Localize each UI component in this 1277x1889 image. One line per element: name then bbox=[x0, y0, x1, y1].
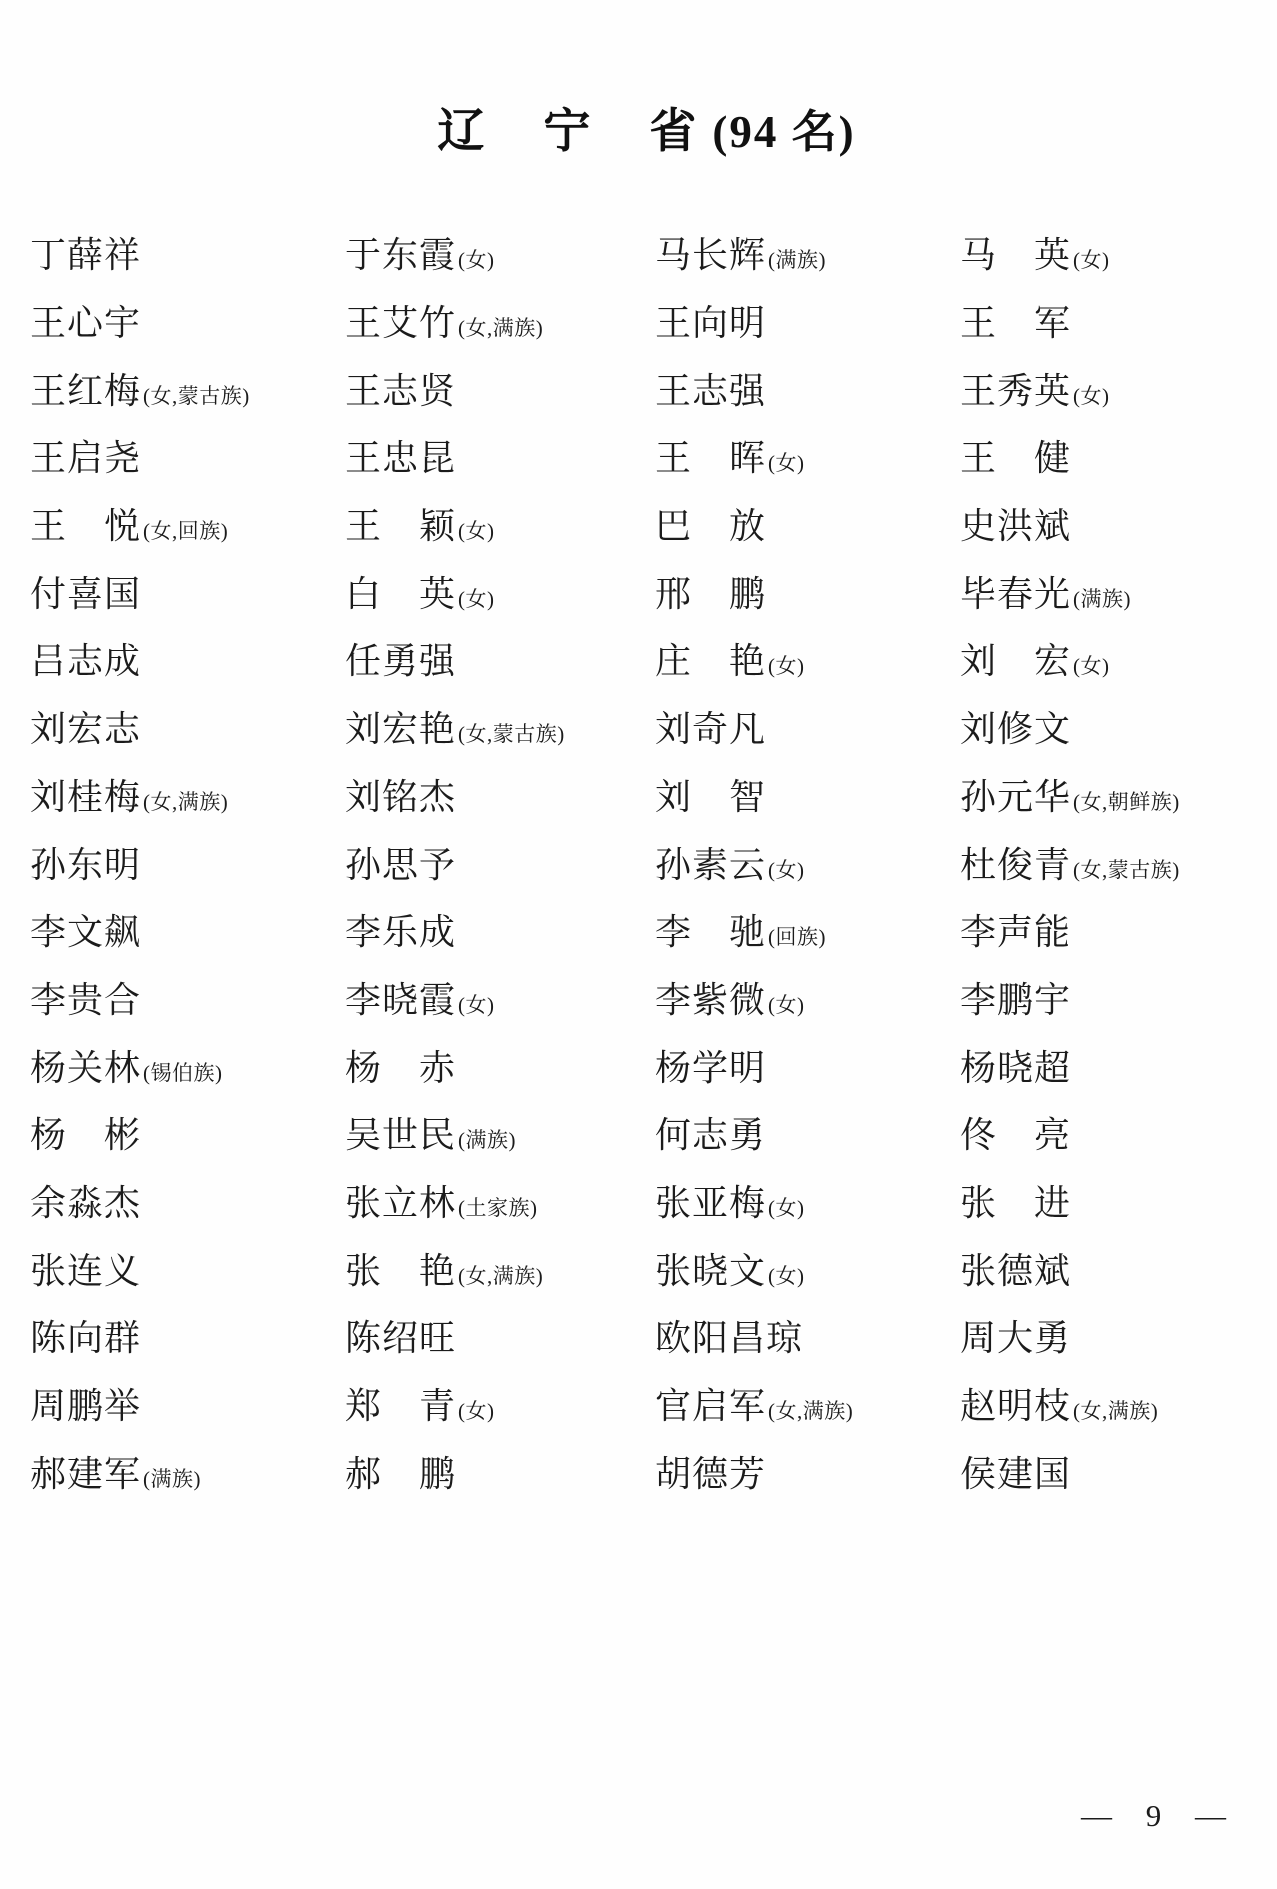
person-entry: 杨学明 bbox=[655, 1040, 960, 1091]
roster-row: 付喜国白 英(女)邢 鹏毕春光(满族) bbox=[0, 557, 1277, 625]
person-gender-ethnicity-note: (女) bbox=[458, 519, 495, 543]
person-entry: 张立林(土家族) bbox=[345, 1175, 655, 1226]
person-gender-ethnicity-note: (满族) bbox=[1073, 587, 1131, 611]
person-name: 刘 宏 bbox=[960, 641, 1071, 681]
person-entry: 孙元华(女,朝鲜族) bbox=[960, 769, 1277, 820]
person-entry: 王志强 bbox=[655, 363, 960, 414]
person-name: 官启军 bbox=[655, 1386, 766, 1426]
person-entry: 王秀英(女) bbox=[960, 363, 1277, 414]
person-name: 侯建国 bbox=[960, 1454, 1071, 1494]
roster-row: 李文飙李乐成李 驰(回族)李声能 bbox=[0, 896, 1277, 964]
person-name: 何志勇 bbox=[655, 1115, 766, 1155]
person-entry: 王 军 bbox=[960, 295, 1277, 346]
person-entry: 李贵合 bbox=[30, 972, 345, 1023]
person-entry: 李鹏宇 bbox=[960, 972, 1277, 1023]
person-gender-ethnicity-note: (女) bbox=[768, 1196, 805, 1220]
person-gender-ethnicity-note: (满族) bbox=[143, 1467, 201, 1491]
person-entry: 王 晖(女) bbox=[655, 430, 960, 481]
person-name: 孙素云 bbox=[655, 845, 766, 885]
person-gender-ethnicity-note: (女) bbox=[458, 587, 495, 611]
person-name: 丁薛祥 bbox=[30, 235, 141, 275]
person-name: 王艾竹 bbox=[345, 303, 456, 343]
person-gender-ethnicity-note: (女) bbox=[768, 451, 805, 475]
person-name: 张立林 bbox=[345, 1183, 456, 1223]
page-number: — 9 — bbox=[1081, 1798, 1231, 1834]
person-entry: 杜俊青(女,蒙古族) bbox=[960, 837, 1277, 888]
person-entry: 欧阳昌琼 bbox=[655, 1310, 960, 1361]
person-name: 李晓霞 bbox=[345, 980, 456, 1020]
person-name: 佟 亮 bbox=[960, 1115, 1071, 1155]
person-entry: 刘桂梅(女,满族) bbox=[30, 769, 345, 820]
page-title: 辽 宁 省(94 名) bbox=[0, 76, 1277, 179]
roster-row: 王心宇王艾竹(女,满族)王向明王 军 bbox=[0, 287, 1277, 355]
person-entry: 陈向群 bbox=[30, 1310, 345, 1361]
person-name: 王向明 bbox=[655, 303, 766, 343]
person-name: 周鹏举 bbox=[30, 1386, 141, 1426]
person-entry: 刘宏志 bbox=[30, 701, 345, 752]
person-entry: 胡德芳 bbox=[655, 1446, 960, 1497]
person-entry: 毕春光(满族) bbox=[960, 566, 1277, 617]
roster-row: 孙东明孙思予孙素云(女)杜俊青(女,蒙古族) bbox=[0, 828, 1277, 896]
person-name: 郑 青 bbox=[345, 1386, 456, 1426]
person-name: 孙思予 bbox=[345, 845, 456, 885]
person-entry: 史洪斌 bbox=[960, 498, 1277, 549]
person-entry: 王启尧 bbox=[30, 430, 345, 481]
person-name: 王 悦 bbox=[30, 506, 141, 546]
person-entry: 侯建国 bbox=[960, 1446, 1277, 1497]
person-gender-ethnicity-note: (女) bbox=[1073, 384, 1110, 408]
province-title: 辽 宁 省 bbox=[437, 106, 702, 158]
province-delegate-count: (94 名) bbox=[712, 107, 855, 157]
document-page: 辽 宁 省(94 名) 丁薛祥于东霞(女)马长辉(满族)马 英(女)王心宇王艾竹… bbox=[0, 0, 1277, 1889]
person-gender-ethnicity-note: (女) bbox=[458, 1399, 495, 1423]
person-entry: 刘 智 bbox=[655, 769, 960, 820]
person-entry: 刘宏艳(女,蒙古族) bbox=[345, 701, 655, 752]
person-entry: 白 英(女) bbox=[345, 566, 655, 617]
person-entry: 付喜国 bbox=[30, 566, 345, 617]
person-name: 刘修文 bbox=[960, 709, 1071, 749]
person-entry: 吴世民(满族) bbox=[345, 1107, 655, 1158]
person-gender-ethnicity-note: (女) bbox=[458, 993, 495, 1017]
person-name: 王红梅 bbox=[30, 371, 141, 411]
person-entry: 于东霞(女) bbox=[345, 227, 655, 278]
person-entry: 郝 鹏 bbox=[345, 1446, 655, 1497]
person-name: 张德斌 bbox=[960, 1251, 1071, 1291]
person-entry: 李文飙 bbox=[30, 904, 345, 955]
person-gender-ethnicity-note: (女) bbox=[1073, 654, 1110, 678]
person-name: 郝建军 bbox=[30, 1454, 141, 1494]
roster-row: 张连义张 艳(女,满族)张晓文(女)张德斌 bbox=[0, 1234, 1277, 1302]
person-name: 余淼杰 bbox=[30, 1183, 141, 1223]
person-gender-ethnicity-note: (土家族) bbox=[458, 1196, 538, 1220]
person-name: 张连义 bbox=[30, 1251, 141, 1291]
person-gender-ethnicity-note: (满族) bbox=[768, 248, 826, 272]
person-entry: 吕志成 bbox=[30, 633, 345, 684]
person-entry: 张晓文(女) bbox=[655, 1243, 960, 1294]
person-name: 王 晖 bbox=[655, 438, 766, 478]
person-entry: 张亚梅(女) bbox=[655, 1175, 960, 1226]
roster-row: 王 悦(女,回族)王 颖(女)巴 放史洪斌 bbox=[0, 490, 1277, 558]
roster-row: 王红梅(女,蒙古族)王志贤王志强王秀英(女) bbox=[0, 354, 1277, 422]
person-name: 郝 鹏 bbox=[345, 1454, 456, 1494]
person-entry: 李紫微(女) bbox=[655, 972, 960, 1023]
roster-row: 刘桂梅(女,满族)刘铭杰刘 智孙元华(女,朝鲜族) bbox=[0, 761, 1277, 829]
person-name: 李贵合 bbox=[30, 980, 141, 1020]
person-entry: 郑 青(女) bbox=[345, 1378, 655, 1429]
person-gender-ethnicity-note: (女) bbox=[768, 654, 805, 678]
person-entry: 王志贤 bbox=[345, 363, 655, 414]
person-entry: 官启军(女,满族) bbox=[655, 1378, 960, 1429]
roster-row: 王启尧王忠昆王 晖(女)王 健 bbox=[0, 422, 1277, 490]
person-name: 于东霞 bbox=[345, 235, 456, 275]
person-name: 刘铭杰 bbox=[345, 777, 456, 817]
person-name: 付喜国 bbox=[30, 574, 141, 614]
person-name: 欧阳昌琼 bbox=[655, 1318, 803, 1358]
person-name: 周大勇 bbox=[960, 1318, 1071, 1358]
person-entry: 余淼杰 bbox=[30, 1175, 345, 1226]
person-entry: 孙东明 bbox=[30, 837, 345, 888]
person-entry: 孙思予 bbox=[345, 837, 655, 888]
person-entry: 周大勇 bbox=[960, 1310, 1277, 1361]
person-name: 史洪斌 bbox=[960, 506, 1071, 546]
person-name: 李声能 bbox=[960, 912, 1071, 952]
person-entry: 丁薛祥 bbox=[30, 227, 345, 278]
person-name: 王启尧 bbox=[30, 438, 141, 478]
person-name: 巴 放 bbox=[655, 506, 766, 546]
person-entry: 任勇强 bbox=[345, 633, 655, 684]
person-name: 刘宏艳 bbox=[345, 709, 456, 749]
person-name: 杨 彬 bbox=[30, 1115, 141, 1155]
person-name: 李鹏宇 bbox=[960, 980, 1071, 1020]
person-gender-ethnicity-note: (女) bbox=[768, 858, 805, 882]
person-entry: 郝建军(满族) bbox=[30, 1446, 345, 1497]
person-gender-ethnicity-note: (女,回族) bbox=[143, 519, 228, 543]
roster-row: 李贵合李晓霞(女)李紫微(女)李鹏宇 bbox=[0, 964, 1277, 1032]
person-entry: 王心宇 bbox=[30, 295, 345, 346]
person-name: 杜俊青 bbox=[960, 845, 1071, 885]
person-gender-ethnicity-note: (女,蒙古族) bbox=[143, 384, 250, 408]
person-name: 张 进 bbox=[960, 1183, 1071, 1223]
person-name: 任勇强 bbox=[345, 641, 456, 681]
roster-row: 周鹏举郑 青(女)官启军(女,满族)赵明枝(女,满族) bbox=[0, 1370, 1277, 1438]
person-name: 刘 智 bbox=[655, 777, 766, 817]
person-name: 吴世民 bbox=[345, 1115, 456, 1155]
person-entry: 王向明 bbox=[655, 295, 960, 346]
person-entry: 孙素云(女) bbox=[655, 837, 960, 888]
person-gender-ethnicity-note: (女,满族) bbox=[143, 790, 228, 814]
person-gender-ethnicity-note: (回族) bbox=[768, 925, 826, 949]
roster-row: 杨关林(锡伯族)杨 赤杨学明杨晓超 bbox=[0, 1031, 1277, 1099]
roster-row: 吕志成任勇强庄 艳(女)刘 宏(女) bbox=[0, 625, 1277, 693]
roster: 丁薛祥于东霞(女)马长辉(满族)马 英(女)王心宇王艾竹(女,满族)王向明王 军… bbox=[0, 219, 1277, 1505]
person-gender-ethnicity-note: (锡伯族) bbox=[143, 1061, 223, 1085]
roster-row: 余淼杰张立林(土家族)张亚梅(女)张 进 bbox=[0, 1167, 1277, 1235]
person-name: 张亚梅 bbox=[655, 1183, 766, 1223]
person-gender-ethnicity-note: (女,蒙古族) bbox=[1073, 858, 1180, 882]
person-entry: 刘修文 bbox=[960, 701, 1277, 752]
person-gender-ethnicity-note: (女) bbox=[768, 1264, 805, 1288]
person-entry: 张 进 bbox=[960, 1175, 1277, 1226]
person-entry: 刘奇凡 bbox=[655, 701, 960, 752]
person-name: 邢 鹏 bbox=[655, 574, 766, 614]
person-gender-ethnicity-note: (女,蒙古族) bbox=[458, 722, 565, 746]
person-name: 孙元华 bbox=[960, 777, 1071, 817]
person-entry: 王艾竹(女,满族) bbox=[345, 295, 655, 346]
person-gender-ethnicity-note: (女,满族) bbox=[768, 1399, 853, 1423]
person-entry: 马 英(女) bbox=[960, 227, 1277, 278]
person-entry: 王红梅(女,蒙古族) bbox=[30, 363, 345, 414]
person-name: 王 军 bbox=[960, 303, 1071, 343]
person-name: 吕志成 bbox=[30, 641, 141, 681]
person-entry: 马长辉(满族) bbox=[655, 227, 960, 278]
person-gender-ethnicity-note: (女,满族) bbox=[458, 316, 543, 340]
person-entry: 王 悦(女,回族) bbox=[30, 498, 345, 549]
person-name: 刘桂梅 bbox=[30, 777, 141, 817]
person-name: 杨 赤 bbox=[345, 1048, 456, 1088]
person-name: 白 英 bbox=[345, 574, 456, 614]
person-entry: 王忠昆 bbox=[345, 430, 655, 481]
roster-row: 郝建军(满族)郝 鹏胡德芳侯建国 bbox=[0, 1437, 1277, 1505]
person-name: 孙东明 bbox=[30, 845, 141, 885]
roster-row: 丁薛祥于东霞(女)马长辉(满族)马 英(女) bbox=[0, 219, 1277, 287]
person-name: 王 健 bbox=[960, 438, 1071, 478]
person-entry: 杨 赤 bbox=[345, 1040, 655, 1091]
person-name: 马长辉 bbox=[655, 235, 766, 275]
person-entry: 杨晓超 bbox=[960, 1040, 1277, 1091]
person-name: 李乐成 bbox=[345, 912, 456, 952]
person-name: 陈向群 bbox=[30, 1318, 141, 1358]
person-entry: 佟 亮 bbox=[960, 1107, 1277, 1158]
roster-row: 陈向群陈绍旺欧阳昌琼周大勇 bbox=[0, 1302, 1277, 1370]
person-name: 庄 艳 bbox=[655, 641, 766, 681]
person-entry: 张德斌 bbox=[960, 1243, 1277, 1294]
person-entry: 王 颖(女) bbox=[345, 498, 655, 549]
person-gender-ethnicity-note: (女,满族) bbox=[458, 1264, 543, 1288]
person-gender-ethnicity-note: (女) bbox=[458, 248, 495, 272]
person-name: 王志强 bbox=[655, 371, 766, 411]
roster-row: 刘宏志刘宏艳(女,蒙古族)刘奇凡刘修文 bbox=[0, 693, 1277, 761]
person-name: 马 英 bbox=[960, 235, 1071, 275]
person-name: 刘奇凡 bbox=[655, 709, 766, 749]
person-name: 毕春光 bbox=[960, 574, 1071, 614]
person-entry: 李 驰(回族) bbox=[655, 904, 960, 955]
person-entry: 王 健 bbox=[960, 430, 1277, 481]
person-entry: 庄 艳(女) bbox=[655, 633, 960, 684]
person-entry: 刘 宏(女) bbox=[960, 633, 1277, 684]
person-entry: 刘铭杰 bbox=[345, 769, 655, 820]
person-name: 王 颖 bbox=[345, 506, 456, 546]
person-entry: 赵明枝(女,满族) bbox=[960, 1378, 1277, 1429]
person-name: 王秀英 bbox=[960, 371, 1071, 411]
person-name: 王志贤 bbox=[345, 371, 456, 411]
person-name: 杨学明 bbox=[655, 1048, 766, 1088]
person-entry: 张连义 bbox=[30, 1243, 345, 1294]
person-name: 张 艳 bbox=[345, 1251, 456, 1291]
person-name: 王心宇 bbox=[30, 303, 141, 343]
roster-row: 杨 彬吴世民(满族)何志勇佟 亮 bbox=[0, 1099, 1277, 1167]
person-gender-ethnicity-note: (女) bbox=[1073, 248, 1110, 272]
person-name: 张晓文 bbox=[655, 1251, 766, 1291]
person-name: 刘宏志 bbox=[30, 709, 141, 749]
person-entry: 杨 彬 bbox=[30, 1107, 345, 1158]
person-entry: 李乐成 bbox=[345, 904, 655, 955]
person-entry: 巴 放 bbox=[655, 498, 960, 549]
person-entry: 何志勇 bbox=[655, 1107, 960, 1158]
person-entry: 张 艳(女,满族) bbox=[345, 1243, 655, 1294]
person-name: 杨关林 bbox=[30, 1048, 141, 1088]
person-entry: 周鹏举 bbox=[30, 1378, 345, 1429]
person-entry: 邢 鹏 bbox=[655, 566, 960, 617]
person-gender-ethnicity-note: (女) bbox=[768, 993, 805, 1017]
person-name: 王忠昆 bbox=[345, 438, 456, 478]
person-gender-ethnicity-note: (女,满族) bbox=[1073, 1399, 1158, 1423]
person-name: 李文飙 bbox=[30, 912, 141, 952]
person-entry: 陈绍旺 bbox=[345, 1310, 655, 1361]
person-name: 陈绍旺 bbox=[345, 1318, 456, 1358]
person-name: 胡德芳 bbox=[655, 1454, 766, 1494]
person-gender-ethnicity-note: (满族) bbox=[458, 1128, 516, 1152]
person-gender-ethnicity-note: (女,朝鲜族) bbox=[1073, 790, 1180, 814]
person-name: 李 驰 bbox=[655, 912, 766, 952]
person-name: 李紫微 bbox=[655, 980, 766, 1020]
person-name: 杨晓超 bbox=[960, 1048, 1071, 1088]
person-entry: 李声能 bbox=[960, 904, 1277, 955]
person-entry: 杨关林(锡伯族) bbox=[30, 1040, 345, 1091]
person-entry: 李晓霞(女) bbox=[345, 972, 655, 1023]
person-name: 赵明枝 bbox=[960, 1386, 1071, 1426]
